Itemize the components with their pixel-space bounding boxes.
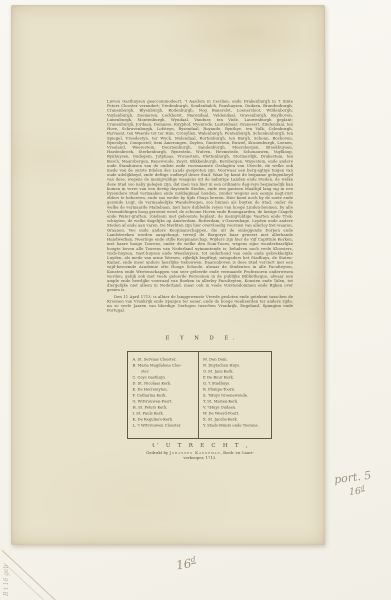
eynde-section: E Y N D E. — [107, 335, 293, 347]
imprint-prefix: Gedrukt by — [146, 451, 169, 456]
pencil-number: 16 — [349, 486, 362, 498]
eynde-heading: E Y N D E. — [107, 335, 293, 341]
pencil-superscript: d — [361, 485, 365, 491]
pencil-annotation-left-edge: B t 16 geb — [3, 565, 10, 596]
scan-background: Lieven Gasthuysen geaccommodeert, 't Aas… — [0, 0, 391, 600]
pencil-annotation-16d-bottom: 16d — [175, 555, 197, 573]
imprint-line-2: verkooper, 1713. — [107, 455, 293, 460]
imprint-suffix: , Boek- en Caart- — [221, 451, 254, 456]
imprint-inner: t' U T R E C H T , Gedrukt by Johannes K… — [107, 442, 293, 460]
text-block: Lieven Gasthuysen geaccommodeert, 't Aas… — [107, 99, 293, 341]
legend-table: A. St. Servaas Clooster. B. Maria Magdal… — [127, 351, 272, 439]
body-paragraph-2: Den 11 April 1713. is alhier de langgewe… — [107, 294, 293, 312]
legend-item: L. 't Witvrouwen Clooster. — [133, 423, 197, 429]
paper-sheet: Lieven Gasthuysen geaccommodeert, 't Aas… — [11, 5, 325, 545]
body-paragraph-1: Lieven Gasthuysen geaccommodeert, 't Aas… — [107, 99, 293, 292]
legend-column-right: M. Den Dom. N. Duytschen Huys. O. St. Ja… — [197, 352, 272, 438]
printer-name: Johannes Kanneman — [169, 451, 220, 456]
imprint-city: t' U T R E C H T , — [107, 442, 293, 449]
pencil-superscript: d — [190, 555, 196, 565]
eynde-inner: E Y N D E. — [107, 335, 293, 341]
pencil-annotation-16d-right: 16d — [349, 485, 366, 497]
legend-item: Y. Stads-Muurs ende Toorens. — [203, 423, 271, 429]
pencil-annotation-port: port. 5 — [333, 469, 372, 486]
imprint: t' U T R E C H T , Gedrukt by Johannes K… — [107, 442, 293, 482]
legend-columns: A. St. Servaas Clooster. B. Maria Magdal… — [128, 352, 272, 438]
legend-column-left: A. St. Servaas Clooster. B. Maria Magdal… — [128, 352, 197, 438]
body-text: Lieven Gasthuysen geaccommodeert, 't Aas… — [107, 99, 293, 313]
paper-crease-line-faint — [4, 563, 49, 600]
